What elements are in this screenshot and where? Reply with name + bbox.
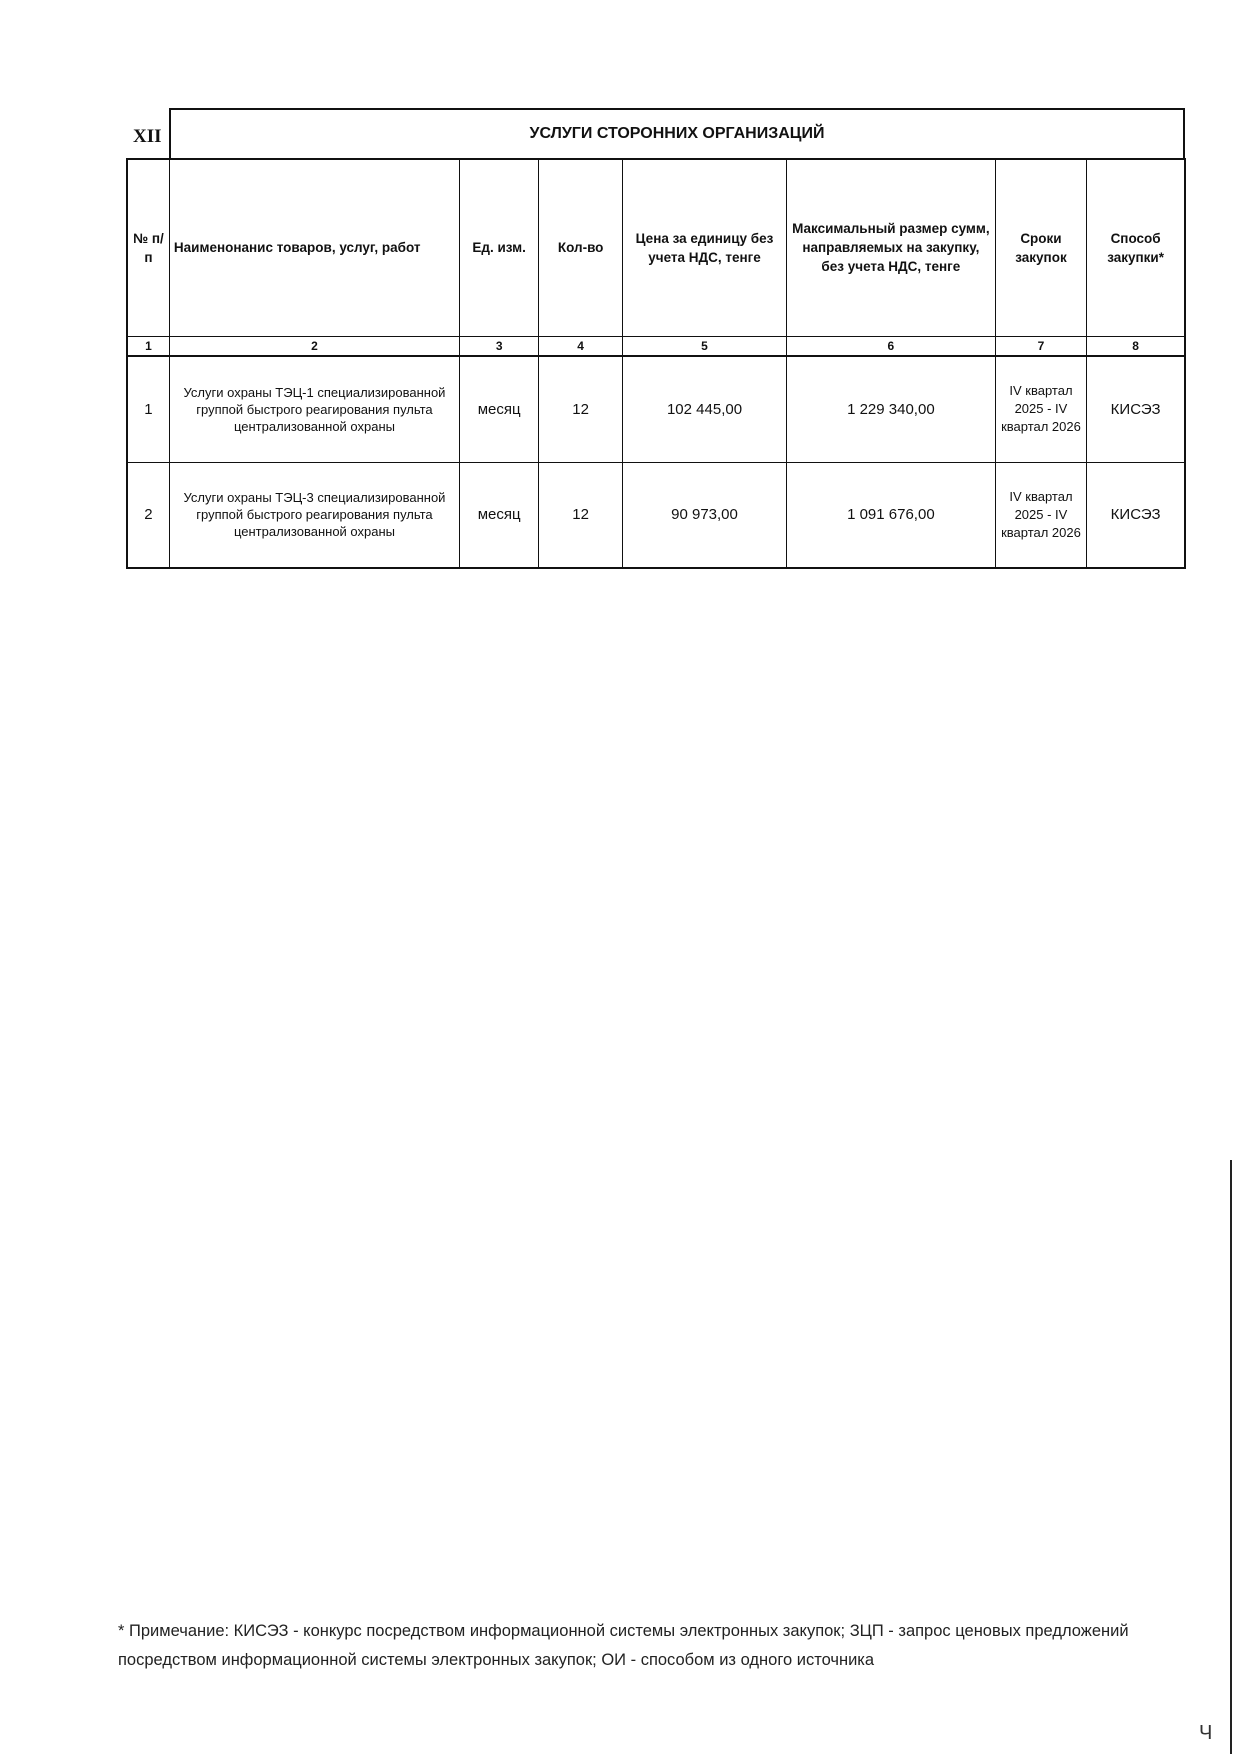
col-number: 1 bbox=[127, 336, 169, 356]
scan-edge-line bbox=[1230, 1160, 1232, 1754]
col-number: 2 bbox=[169, 336, 459, 356]
row-no: 1 bbox=[127, 356, 169, 462]
col-number: 5 bbox=[622, 336, 786, 356]
table-row: 1 Услуги охраны ТЭЦ-1 специализированной… bbox=[127, 356, 1185, 462]
header-no: № п/п bbox=[127, 159, 169, 336]
footnote: * Примечание: КИСЭЗ - конкурс посредство… bbox=[118, 1617, 1138, 1675]
page-mark: Ч bbox=[1199, 1722, 1212, 1745]
row-unit-price: 102 445,00 bbox=[622, 356, 786, 462]
header-method: Способ закупки* bbox=[1087, 159, 1185, 336]
row-unit-price: 90 973,00 bbox=[622, 462, 786, 568]
col-number: 7 bbox=[995, 336, 1087, 356]
col-number: 8 bbox=[1087, 336, 1185, 356]
row-no: 2 bbox=[127, 462, 169, 568]
header-max-amount: Максимальный размер сумм, направляемых н… bbox=[787, 159, 996, 336]
header-name: Наименонанис товаров, услуг, работ bbox=[169, 159, 459, 336]
header-period: Сроки закупок bbox=[995, 159, 1087, 336]
header-unit: Ед. изм. bbox=[460, 159, 539, 336]
column-number-row: 1 2 3 4 5 6 7 8 bbox=[127, 336, 1185, 356]
row-qty: 12 bbox=[539, 356, 623, 462]
row-max-amount: 1 229 340,00 bbox=[787, 356, 996, 462]
row-unit: месяц bbox=[460, 462, 539, 568]
row-method: КИСЭЗ bbox=[1087, 462, 1185, 568]
header-row: № п/п Наименонанис товаров, услуг, работ… bbox=[127, 159, 1185, 336]
col-number: 4 bbox=[539, 336, 623, 356]
table-row: 2 Услуги охраны ТЭЦ-3 специализированной… bbox=[127, 462, 1185, 568]
row-unit: месяц bbox=[460, 356, 539, 462]
row-max-amount: 1 091 676,00 bbox=[787, 462, 996, 568]
row-name: Услуги охраны ТЭЦ-3 специализированной г… bbox=[169, 462, 459, 568]
row-method: КИСЭЗ bbox=[1087, 356, 1185, 462]
row-period: IV квартал 2025 - IV квартал 2026 bbox=[995, 462, 1087, 568]
header-unit-price: Цена за единицу без учета НДС, тенге bbox=[622, 159, 786, 336]
section-number: XII bbox=[133, 126, 162, 148]
row-name: Услуги охраны ТЭЦ-1 специализированной г… bbox=[169, 356, 459, 462]
col-number: 3 bbox=[460, 336, 539, 356]
header-qty: Кол-во bbox=[539, 159, 623, 336]
procurement-table: № п/п Наименонанис товаров, услуг, работ… bbox=[126, 158, 1186, 569]
section-title: УСЛУГИ СТОРОННИХ ОРГАНИЗАЦИЙ bbox=[169, 108, 1185, 158]
col-number: 6 bbox=[787, 336, 996, 356]
row-qty: 12 bbox=[539, 462, 623, 568]
row-period: IV квартал 2025 - IV квартал 2026 bbox=[995, 356, 1087, 462]
